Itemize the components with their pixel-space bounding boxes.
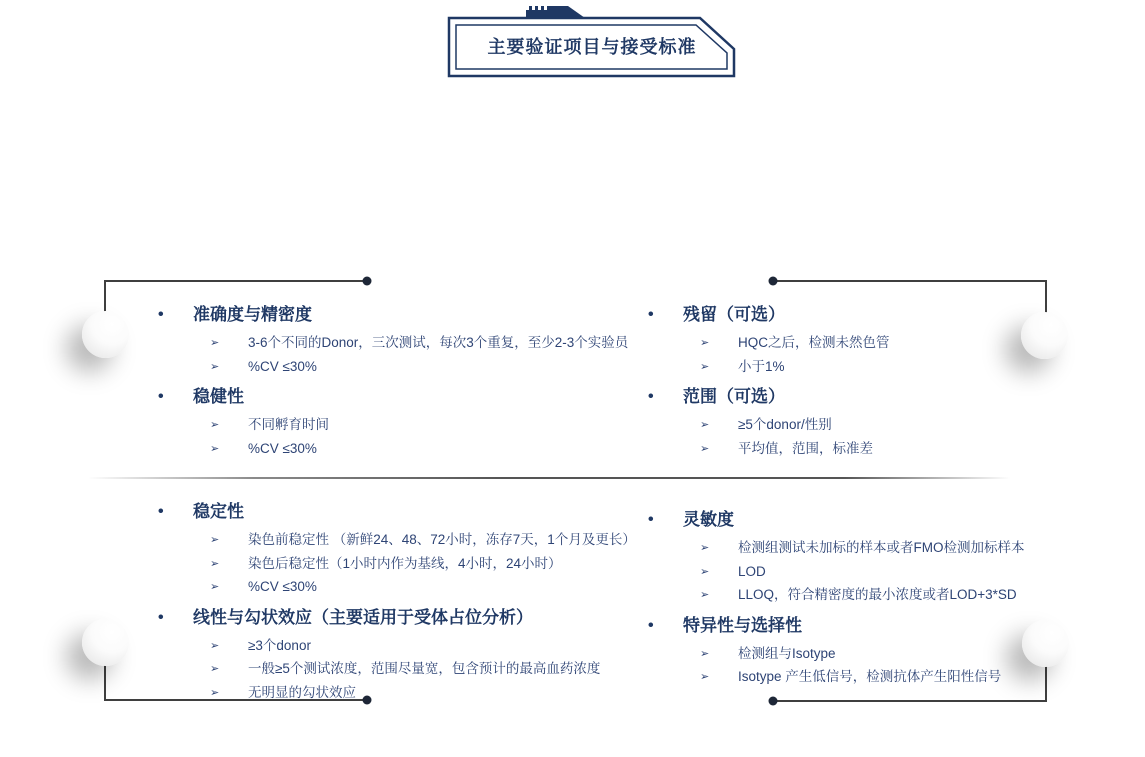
item-text: %CV ≤30% <box>248 441 317 456</box>
section-bottom-left: •稳定性➢染色前稳定性 （新鲜24、48、72小时，冻存7天，1个月及更长）➢染… <box>148 500 648 711</box>
list-item: ➢一般≥5个测试浓度，范围尽量宽，包含预计的最高血药浓度 <box>148 657 648 681</box>
arrow-bullet-icon: ➢ <box>210 334 219 352</box>
bullet-icon: • <box>648 615 654 637</box>
page-title: 主要验证项目与接受标准 <box>446 16 738 76</box>
block-header: •特异性与选择性 <box>638 614 1138 638</box>
decor-sphere-bottom-left <box>82 619 129 666</box>
block-title: 稳定性 <box>193 502 244 521</box>
list-item: ➢LOD <box>638 560 1138 584</box>
item-text: ≥5个donor/性别 <box>738 417 832 432</box>
arrow-bullet-icon: ➢ <box>210 416 219 434</box>
item-text: 平均值，范围，标准差 <box>738 441 873 456</box>
arrow-bullet-icon: ➢ <box>700 358 709 376</box>
bullet-icon: • <box>158 304 164 326</box>
block-header: •残留（可选） <box>638 303 1128 327</box>
block-header: •稳健性 <box>148 385 626 409</box>
arrow-bullet-icon: ➢ <box>210 555 219 573</box>
list-item: ➢染色前稳定性 （新鲜24、48、72小时，冻存7天，1个月及更长） <box>148 528 648 552</box>
item-text: 3-6个不同的Donor，三次测试，每次3个重复，至少2-3个实验员 <box>248 335 628 350</box>
block-title: 范围（可选） <box>683 387 785 406</box>
block-title: 准确度与精密度 <box>193 305 312 324</box>
item-text: 小于1% <box>738 359 785 374</box>
item-text: 无明显的勾状效应 <box>248 685 356 700</box>
list-item: ➢Isotype 产生低信号，检测抗体产生阳性信号 <box>638 665 1138 689</box>
list-item: ➢染色后稳定性（1小时内作为基线，4小时，24小时） <box>148 552 648 576</box>
dot-bottom-right <box>769 697 778 706</box>
list-item: ➢小于1% <box>638 355 1128 379</box>
block-title: 灵敏度 <box>683 510 734 529</box>
validation-block: •准确度与精密度➢3-6个不同的Donor，三次测试，每次3个重复，至少2-3个… <box>148 303 626 378</box>
item-text: HQC之后，检测未然色管 <box>738 335 890 350</box>
arrow-bullet-icon: ➢ <box>700 440 709 458</box>
item-text: %CV ≤30% <box>248 579 317 594</box>
arrow-bullet-icon: ➢ <box>210 660 219 678</box>
arrow-bullet-icon: ➢ <box>700 334 709 352</box>
arrow-bullet-icon: ➢ <box>700 563 709 581</box>
item-text: 染色后稳定性（1小时内作为基线，4小时，24小时） <box>248 556 562 571</box>
item-text: 检测组测试未加标的样本或者FMO检测加标样本 <box>738 540 1025 555</box>
validation-block: •残留（可选）➢HQC之后，检测未然色管➢小于1% <box>638 303 1128 378</box>
list-item: ➢无明显的勾状效应 <box>148 681 648 705</box>
list-item: ➢LLOQ，符合精密度的最小浓度或者LOD+3*SD <box>638 583 1138 607</box>
item-text: 染色前稳定性 （新鲜24、48、72小时，冻存7天，1个月及更长） <box>248 532 636 547</box>
list-item: ➢≥5个donor/性别 <box>638 413 1128 437</box>
block-title: 残留（可选） <box>683 305 785 324</box>
dot-top-left <box>363 277 372 286</box>
arrow-bullet-icon: ➢ <box>210 578 219 596</box>
section-top-right: •残留（可选）➢HQC之后，检测未然色管➢小于1%•范围（可选）➢≥5个dono… <box>638 303 1128 467</box>
bullet-icon: • <box>158 386 164 408</box>
bullet-icon: • <box>648 509 654 531</box>
bullet-icon: • <box>648 386 654 408</box>
bullet-icon: • <box>158 501 164 523</box>
validation-block: •范围（可选）➢≥5个donor/性别➢平均值，范围，标准差 <box>638 385 1128 460</box>
dot-top-right <box>769 277 778 286</box>
arrow-bullet-icon: ➢ <box>210 358 219 376</box>
section-bottom-right: •灵敏度➢检测组测试未加标的样本或者FMO检测加标样本➢LOD➢LLOQ，符合精… <box>638 508 1138 696</box>
list-item: ➢3-6个不同的Donor，三次测试，每次3个重复，至少2-3个实验员 <box>148 331 626 355</box>
item-text: LLOQ，符合精密度的最小浓度或者LOD+3*SD <box>738 587 1017 602</box>
arrow-bullet-icon: ➢ <box>210 531 219 549</box>
item-text: 检测组与Isotype <box>738 646 836 661</box>
list-item: ➢检测组与Isotype <box>638 642 1138 666</box>
block-header: •范围（可选） <box>638 385 1128 409</box>
list-item: ➢%CV ≤30% <box>148 575 648 599</box>
arrow-bullet-icon: ➢ <box>700 586 709 604</box>
validation-block: •稳定性➢染色前稳定性 （新鲜24、48、72小时，冻存7天，1个月及更长）➢染… <box>148 500 648 599</box>
validation-block: •灵敏度➢检测组测试未加标的样本或者FMO检测加标样本➢LOD➢LLOQ，符合精… <box>638 508 1138 607</box>
block-header: •准确度与精密度 <box>148 303 626 327</box>
validation-block: •特异性与选择性➢检测组与Isotype➢Isotype 产生低信号，检测抗体产… <box>638 614 1138 689</box>
item-text: %CV ≤30% <box>248 359 317 374</box>
validation-block: •稳健性➢不同孵育时间➢%CV ≤30% <box>148 385 626 460</box>
list-item: ➢%CV ≤30% <box>148 437 626 461</box>
item-text: 不同孵育时间 <box>248 417 329 432</box>
arrow-bullet-icon: ➢ <box>700 416 709 434</box>
list-item: ➢平均值，范围，标准差 <box>638 437 1128 461</box>
list-item: ➢HQC之后，检测未然色管 <box>638 331 1128 355</box>
validation-block: •线性与勾状效应（主要适用于受体占位分析）➢≥3个donor➢一般≥5个测试浓度… <box>148 606 648 705</box>
block-title: 稳健性 <box>193 387 244 406</box>
item-text: LOD <box>738 564 766 579</box>
item-text: ≥3个donor <box>248 638 311 653</box>
list-item: ➢≥3个donor <box>148 634 648 658</box>
block-header: •稳定性 <box>148 500 648 524</box>
block-header: •灵敏度 <box>638 508 1138 532</box>
item-text: 一般≥5个测试浓度，范围尽量宽，包含预计的最高血药浓度 <box>248 661 600 676</box>
bullet-icon: • <box>158 607 164 629</box>
arrow-bullet-icon: ➢ <box>210 637 219 655</box>
arrow-bullet-icon: ➢ <box>210 440 219 458</box>
arrow-bullet-icon: ➢ <box>210 684 219 702</box>
section-top-left: •准确度与精密度➢3-6个不同的Donor，三次测试，每次3个重复，至少2-3个… <box>148 303 626 467</box>
decor-sphere-top-left <box>82 311 129 358</box>
arrow-bullet-icon: ➢ <box>700 668 709 686</box>
section-divider-line <box>88 477 1010 479</box>
title-banner: 主要验证项目与接受标准 <box>446 2 738 80</box>
block-title: 特异性与选择性 <box>683 616 802 635</box>
block-header: •线性与勾状效应（主要适用于受体占位分析） <box>148 606 648 630</box>
item-text: Isotype 产生低信号，检测抗体产生阳性信号 <box>738 669 1001 684</box>
arrow-bullet-icon: ➢ <box>700 645 709 663</box>
list-item: ➢检测组测试未加标的样本或者FMO检测加标样本 <box>638 536 1138 560</box>
block-title: 线性与勾状效应（主要适用于受体占位分析） <box>193 608 533 627</box>
list-item: ➢%CV ≤30% <box>148 355 626 379</box>
arrow-bullet-icon: ➢ <box>700 539 709 557</box>
list-item: ➢不同孵育时间 <box>148 413 626 437</box>
bullet-icon: • <box>648 304 654 326</box>
